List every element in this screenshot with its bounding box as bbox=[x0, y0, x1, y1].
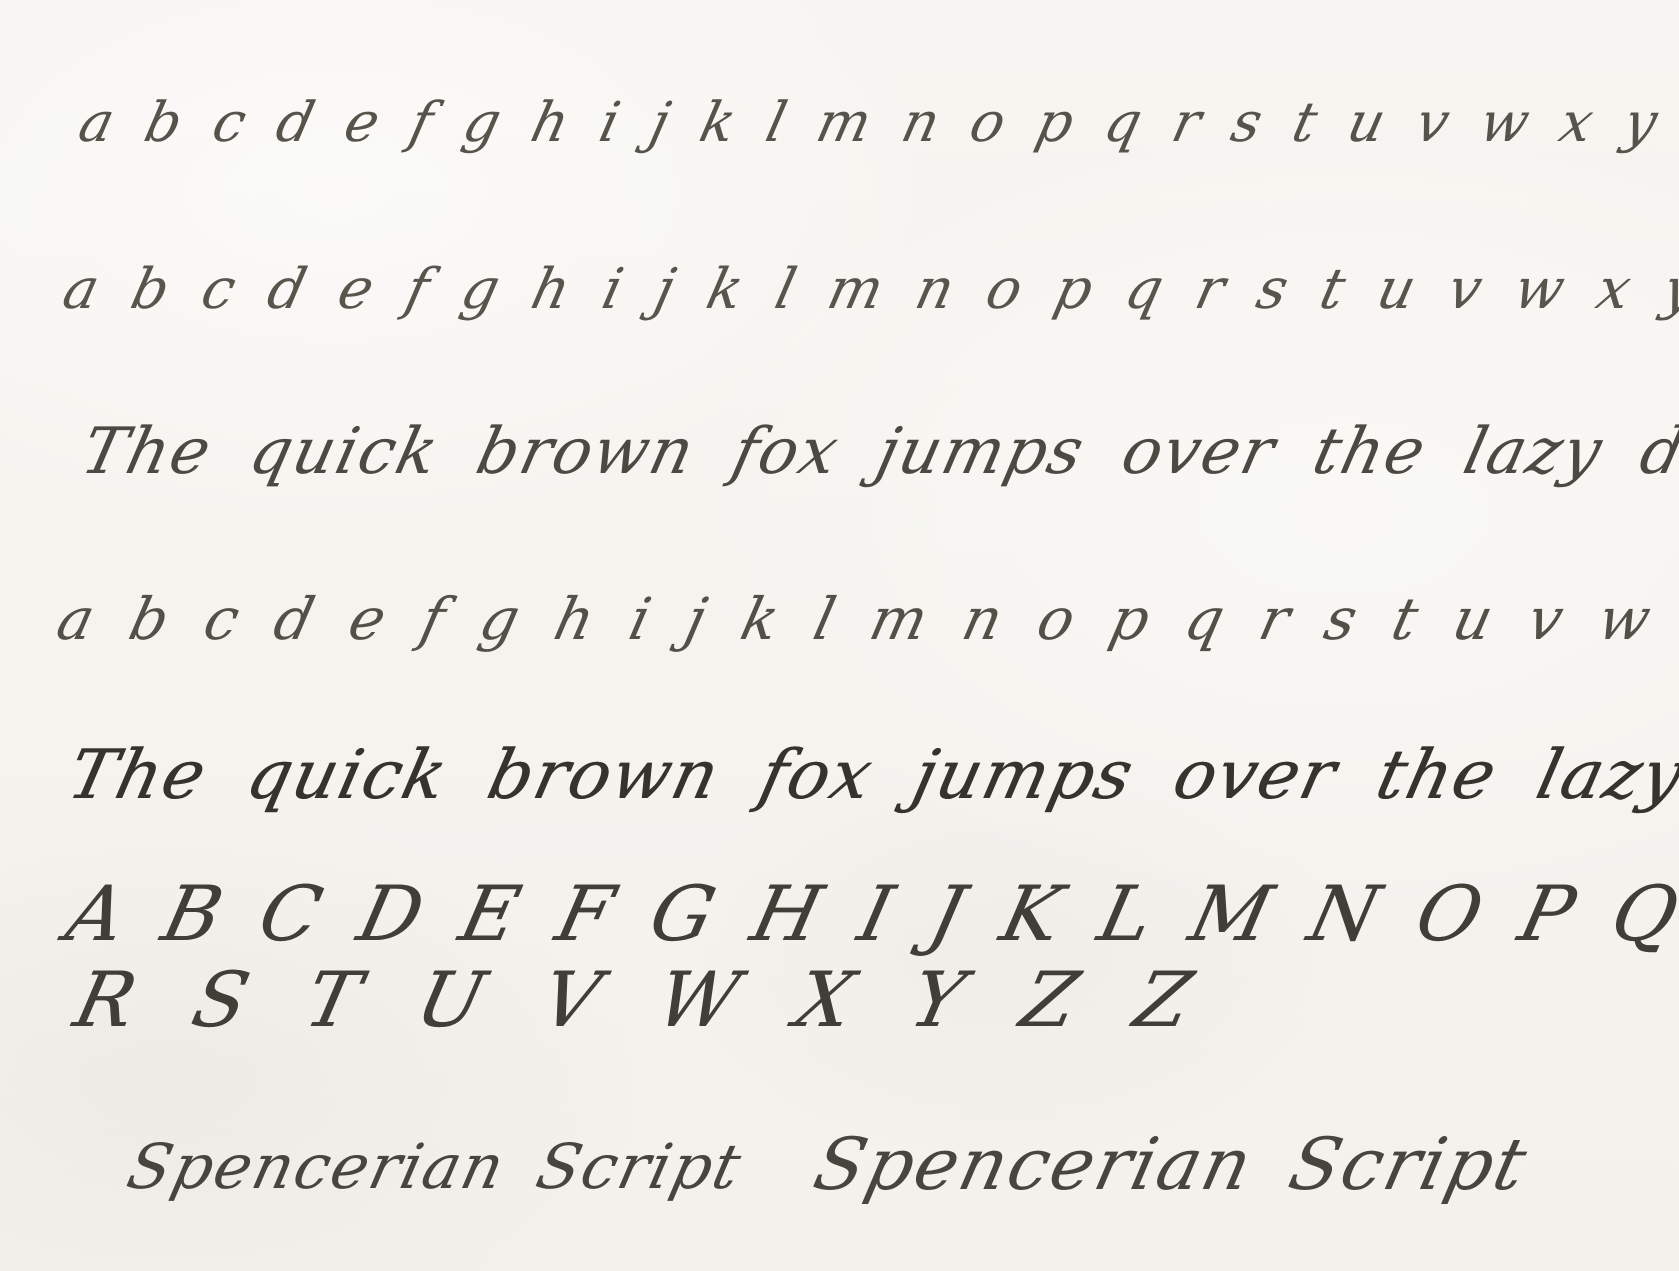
spencerian-script-label-right: Spencerian Script bbox=[808, 1128, 1535, 1200]
uppercase-alphabet-row-2: R S T U V W X Y Z Z bbox=[68, 962, 1212, 1038]
pangram-row-1: The quick brown fox jumps over the lazy … bbox=[76, 420, 1679, 484]
paper-scan: a b c d e f g h i j k l m n o p q r s t … bbox=[0, 0, 1679, 1271]
pangram-row-2: The quick brown fox jumps over the lazy … bbox=[62, 742, 1679, 810]
lowercase-alphabet-row-3: a b c d e f g h i j k l m n o p q r s t … bbox=[52, 590, 1679, 648]
uppercase-alphabet-row-1: A B C D E F G H I J K L M N O P Q bbox=[60, 876, 1679, 952]
spencerian-script-label-left: Spencerian Script bbox=[122, 1136, 748, 1198]
lowercase-alphabet-row-1: a b c d e f g h i j k l m n o p q r s t … bbox=[74, 95, 1679, 150]
lowercase-alphabet-row-2: a b c d e f g h i j k l m n o p q r s t … bbox=[58, 262, 1679, 318]
